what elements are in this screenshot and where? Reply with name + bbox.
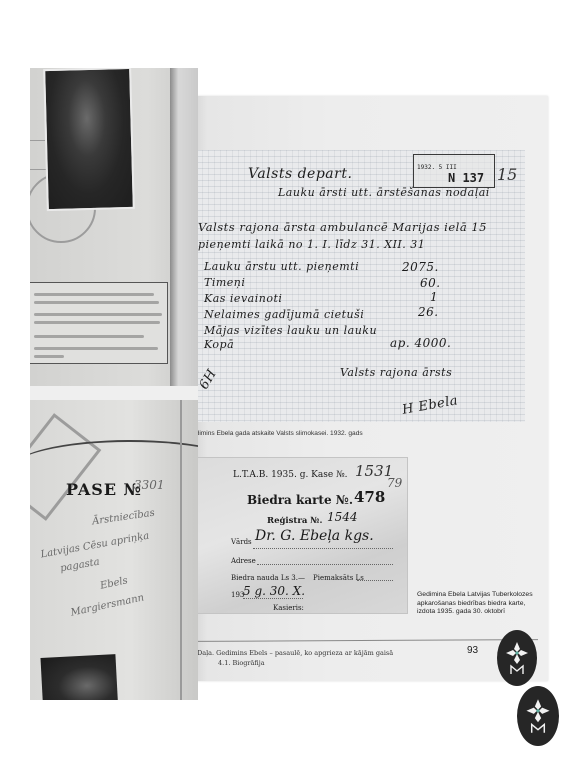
card-kase-note: 79: [387, 476, 402, 490]
passport-handwriting: pagasta: [59, 557, 100, 575]
passport-spine: [170, 68, 198, 386]
letter-line: Kas ievainoti: [204, 292, 282, 305]
letter-value: 2075.: [402, 260, 439, 274]
card-title: Biedra karte №.: [247, 493, 353, 507]
blurred-text-line: [34, 355, 64, 358]
page-edge: [180, 400, 182, 700]
stamp-number: N 137: [448, 171, 484, 185]
handwritten-letter-image: Valsts depart. Lauku ārsti utt. ārstēšan…: [190, 150, 525, 422]
membership-card-image: L.T.A.B. 1935. g. Kase №. 1531 79 Biedra…: [196, 457, 408, 614]
page-gap: [30, 386, 198, 400]
passport-handwriting: Ebels: [99, 575, 129, 592]
page-number: 93: [467, 645, 478, 656]
name-line: [253, 548, 393, 549]
passport-handwriting: Ārstniecības: [92, 508, 156, 528]
footer-chapter: Daļa. Gedimins Ebels – pasaulē, ko apgri…: [197, 649, 393, 657]
passport-handwriting: Latvijas Cēsu apriņķa: [40, 531, 150, 561]
letter-value: ap. 4000.: [390, 336, 451, 350]
address-line: [257, 564, 393, 565]
address-label: Adrese: [231, 557, 256, 565]
letter-value: 1: [430, 290, 438, 304]
margin-mark: 6H: [197, 367, 220, 392]
registry-label: Reģistra №.: [267, 516, 323, 526]
blurred-text-line: [34, 321, 160, 324]
small-portrait-photo: [40, 654, 118, 700]
registry-stamp: 1932. 5 III N 137: [413, 154, 495, 188]
fee-label: Biedra nauda Ls 3.—: [231, 574, 305, 582]
blurred-text-line: [34, 335, 144, 338]
date-value: 5 g. 30. X.: [243, 584, 305, 598]
card-number: 478: [354, 488, 385, 506]
letter-page-ref: 15: [497, 165, 517, 184]
passport-upper-page: [30, 68, 198, 386]
passport-page-left: PASE № 3301 Ārstniecības Latvijas Cēsu a…: [30, 68, 198, 700]
letter-line: Timeņi: [204, 276, 245, 289]
letter-line: Valsts depart.: [248, 166, 352, 182]
portrait-photo: [43, 68, 135, 211]
passport-handwriting: Margiersmann: [70, 592, 145, 618]
footer-section: 4.1. Biogrāfija: [218, 659, 265, 667]
card-header: L.T.A.B. 1935. g. Kase №.: [233, 470, 347, 480]
passport-number: 3301: [134, 478, 165, 492]
signature: H Ebela: [401, 393, 459, 418]
letter-line: pieņemti laikā no 1. I. līdz 31. XII. 31: [198, 238, 425, 251]
date-line: [243, 598, 303, 599]
blurred-text-line: [34, 313, 162, 316]
stamp-date: 1932. 5 III: [417, 164, 457, 171]
caption-letter: edimins Ebela gada atskaite Valsts slimo…: [192, 430, 363, 437]
blurred-text-line: [34, 347, 158, 350]
letter-line: Lauku ārstu utt. pieņemti: [204, 260, 359, 273]
name-value: Dr. G. Ebeļa kgs.: [255, 528, 374, 544]
letter-line: Valsts rajona ārsta ambulancē Marijas ie…: [198, 220, 487, 234]
flower-m-logo-icon: [497, 630, 537, 686]
cashier-label: Kasieris:: [273, 604, 304, 612]
letter-value: 26.: [418, 305, 439, 319]
blurred-text-line: [34, 301, 159, 304]
passport-text-box: [30, 282, 168, 364]
caption-card: Gedimina Ebela Latvijas Tuberkolozes apk…: [417, 591, 542, 617]
letter-line: Nelaimes gadījumā cietuši: [204, 308, 364, 321]
name-label: Vārds: [231, 538, 252, 546]
letter-line: Mājas vizītes lauku un lauku: [204, 324, 377, 337]
passport-lower-page: PASE № 3301 Ārstniecības Latvijas Cēsu a…: [30, 400, 198, 700]
letter-value: 60.: [420, 276, 441, 290]
passport-label: PASE №: [66, 480, 142, 499]
blurred-text-line: [34, 293, 154, 296]
donation-line: [357, 580, 393, 581]
registry-number: 1544: [327, 510, 358, 524]
letter-line: Kopā: [204, 338, 234, 351]
flower-m-logo-icon: [517, 686, 559, 746]
letter-closing: Valsts rajona ārsts: [340, 366, 452, 379]
